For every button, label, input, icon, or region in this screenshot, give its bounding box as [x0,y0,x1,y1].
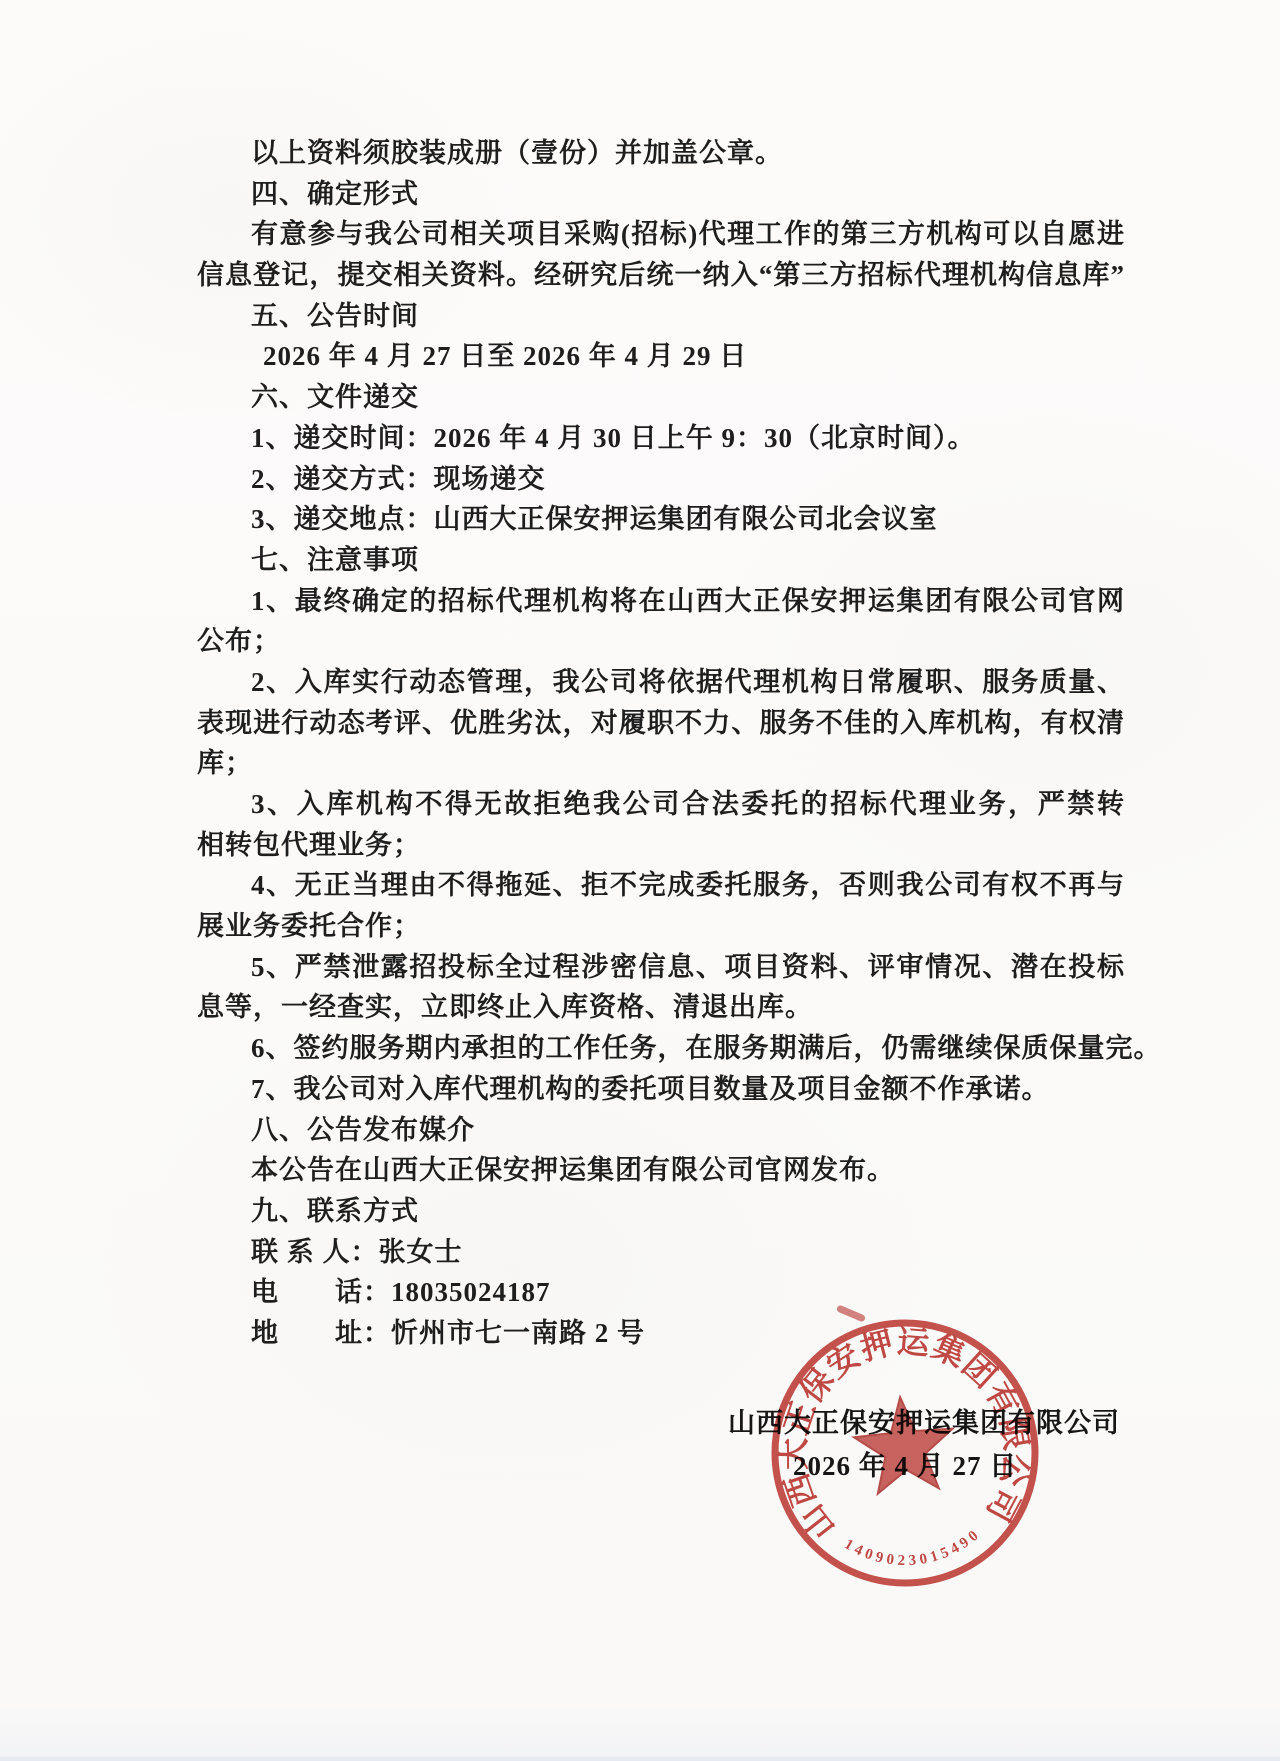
text-line: 展业务委托合作； [197,906,1125,947]
text-line: 信息登记，提交相关资料。经研究后统一纳入“第三方招标代理机构信息库” [197,255,1125,296]
text-line: 4、无正当理由不得拖延、拒不完成委托服务，否则我公司有权不再与其开 [197,865,1125,906]
text-line: 相转包代理业务； [197,825,1125,866]
text-line: 7、我公司对入库代理机构的委托项目数量及项目金额不作承诺。 [197,1069,1125,1110]
text-line: 3、入库机构不得无故拒绝我公司合法委托的招标代理业务，严禁转包、变 [197,784,1125,825]
text-line: 2、入库实行动态管理，我公司将依据代理机构日常履职、服务质量、工作 [197,662,1125,703]
text-line: 2、递交方式：现场递交 [197,459,1125,500]
text-line: 5、严禁泄露招投标全过程涉密信息、项目资料、评审情况、潜在投标人信 [197,947,1125,988]
document-body: 以上资料须胶装成册（壹份）并加盖公章。四、确定形式有意参与我公司相关项目采购(招… [197,133,1125,1354]
text-line: 1、最终确定的招标代理机构将在山西大正保安押运集团有限公司官网进行 [197,581,1125,622]
text-line: 联 系 人：张女士 [197,1232,1125,1273]
seal-star-icon [851,1393,958,1495]
text-line: 有意参与我公司相关项目采购(招标)代理工作的第三方机构可以自愿进行 [197,214,1125,255]
scan-bottom-edge [0,1757,1280,1761]
text-line: 八、公告发布媒介 [197,1110,1125,1151]
text-line: 3、递交地点：山西大正保安押运集团有限公司北会议室 [197,499,1125,540]
text-line: 六、文件递交 [197,377,1125,418]
text-line: 七、注意事项 [197,540,1125,581]
text-line: 公布； [197,621,1125,662]
text-line: 1、递交时间：2026 年 4 月 30 日上午 9：30（北京时间）。 [197,418,1125,459]
text-line: 本公告在山西大正保安押运集团有限公司官网发布。 [197,1150,1125,1191]
text-line: 表现进行动态考评、优胜劣汰，对履职不力、服务不佳的入库机构，有权清退出 [197,703,1125,744]
text-line: 四、确定形式 [197,174,1125,215]
company-seal-stamp: 山西大正保安押运集团有限公司 1409023015490 [753,1296,1057,1609]
text-line: 息等，一经查实，立即终止入库资格、清退出库。 [197,987,1125,1028]
text-line: 九、联系方式 [197,1191,1125,1232]
text-line: 6、签约服务期内承担的工作任务，在服务期满后，仍需继续保质保量完。 [197,1028,1125,1069]
text-line: 以上资料须胶装成册（壹份）并加盖公章。 [197,133,1125,174]
text-line: 库； [197,743,1125,784]
text-line: 2026 年 4 月 27 日至 2026 年 4 月 29 日 [197,336,1125,377]
text-line: 五、公告时间 [197,296,1125,337]
